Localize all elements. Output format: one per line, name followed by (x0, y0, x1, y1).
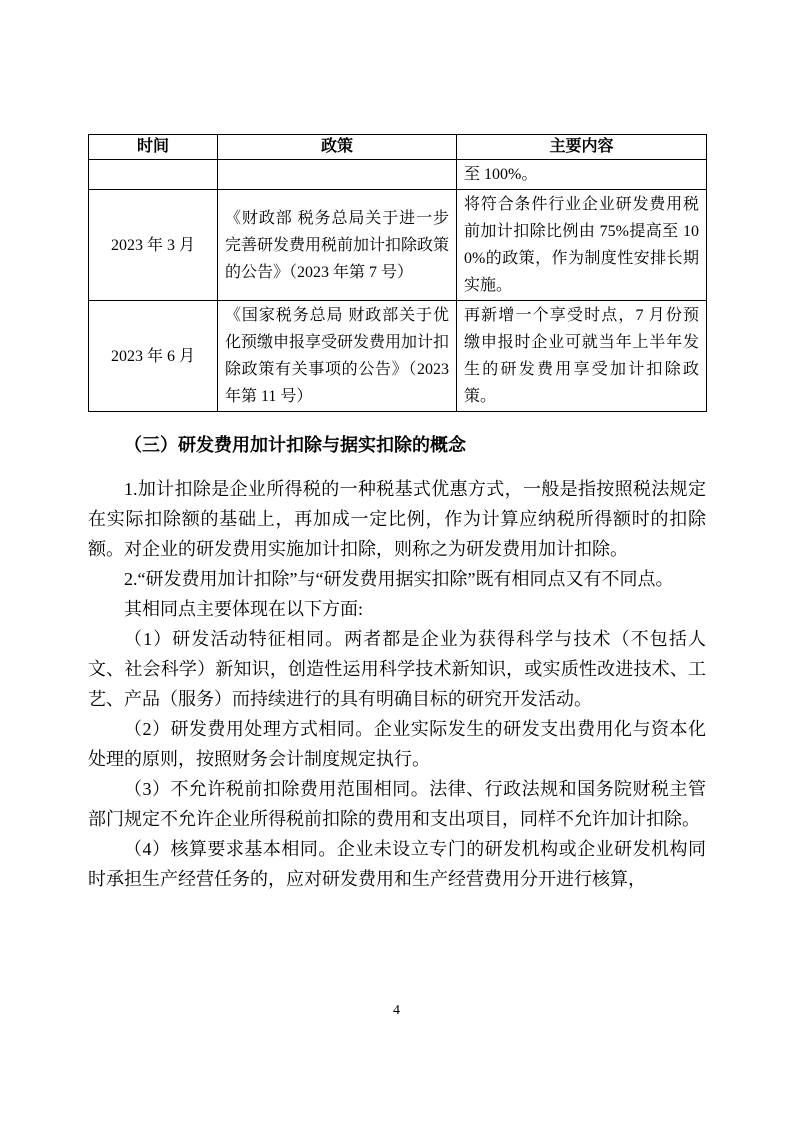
table-row: 2023 年 3 月 《财政部 税务总局关于进一步完善研发费用税前加计扣除政策的… (89, 190, 707, 301)
column-header-policy: 政策 (218, 135, 457, 160)
section-heading: （三）研发费用加计扣除与据实扣除的概念 (88, 430, 706, 460)
cell-content: 将符合条件行业企业研发费用税前加计扣除比例由 75%提高至 100%的政策，作为… (457, 190, 707, 301)
cell-content: 再新增一个享受时点，7 月份预缴申报时企业可就当年上半年发生的研发费用享受加计扣… (457, 301, 707, 412)
cell-policy (218, 160, 457, 190)
paragraph: （4）核算要求基本相同。企业未设立专门的研发机构或企业研发机构同时承担生产经营任… (88, 834, 706, 894)
column-header-content: 主要内容 (457, 135, 707, 160)
cell-time: 2023 年 6 月 (89, 301, 218, 412)
cell-time (89, 160, 218, 190)
cell-policy: 《财政部 税务总局关于进一步完善研发费用税前加计扣除政策的公告》（2023 年第… (218, 190, 457, 301)
paragraph: 1.加计扣除是企业所得税的一种税基式优惠方式，一般是指按照税法规定在实际扣除额的… (88, 474, 706, 564)
policy-table: 时间 政策 主要内容 至 100%。 2023 年 3 月 《财政部 税务总局关… (88, 134, 707, 412)
table-row: 2023 年 6 月 《国家税务总局 财政部关于优化预缴申报享受研发费用加计扣除… (89, 301, 707, 412)
paragraph: （3）不允许税前扣除费用范围相同。法律、行政法规和国务院财税主管部门规定不允许企… (88, 774, 706, 834)
table-row: 至 100%。 (89, 160, 707, 190)
paragraph: （1）研发活动特征相同。两者都是企业为获得科学与技术（不包括人文、社会科学）新知… (88, 624, 706, 714)
table-header-row: 时间 政策 主要内容 (89, 135, 707, 160)
document-page: 时间 政策 主要内容 至 100%。 2023 年 3 月 《财政部 税务总局关… (0, 0, 793, 1122)
paragraph: 其相同点主要体现在以下方面: (88, 594, 706, 624)
paragraph: 2.“研发费用加计扣除”与“研发费用据实扣除”既有相同点又有不同点。 (88, 564, 706, 594)
column-header-time: 时间 (89, 135, 218, 160)
cell-content: 至 100%。 (457, 160, 707, 190)
cell-policy: 《国家税务总局 财政部关于优化预缴申报享受研发费用加计扣除政策有关事项的公告》（… (218, 301, 457, 412)
cell-time: 2023 年 3 月 (89, 190, 218, 301)
body-text-block: （三）研发费用加计扣除与据实扣除的概念 1.加计扣除是企业所得税的一种税基式优惠… (88, 430, 706, 894)
paragraph: （2）研发费用处理方式相同。企业实际发生的研发支出费用化与资本化处理的原则，按照… (88, 714, 706, 774)
page-number: 4 (0, 1002, 793, 1020)
